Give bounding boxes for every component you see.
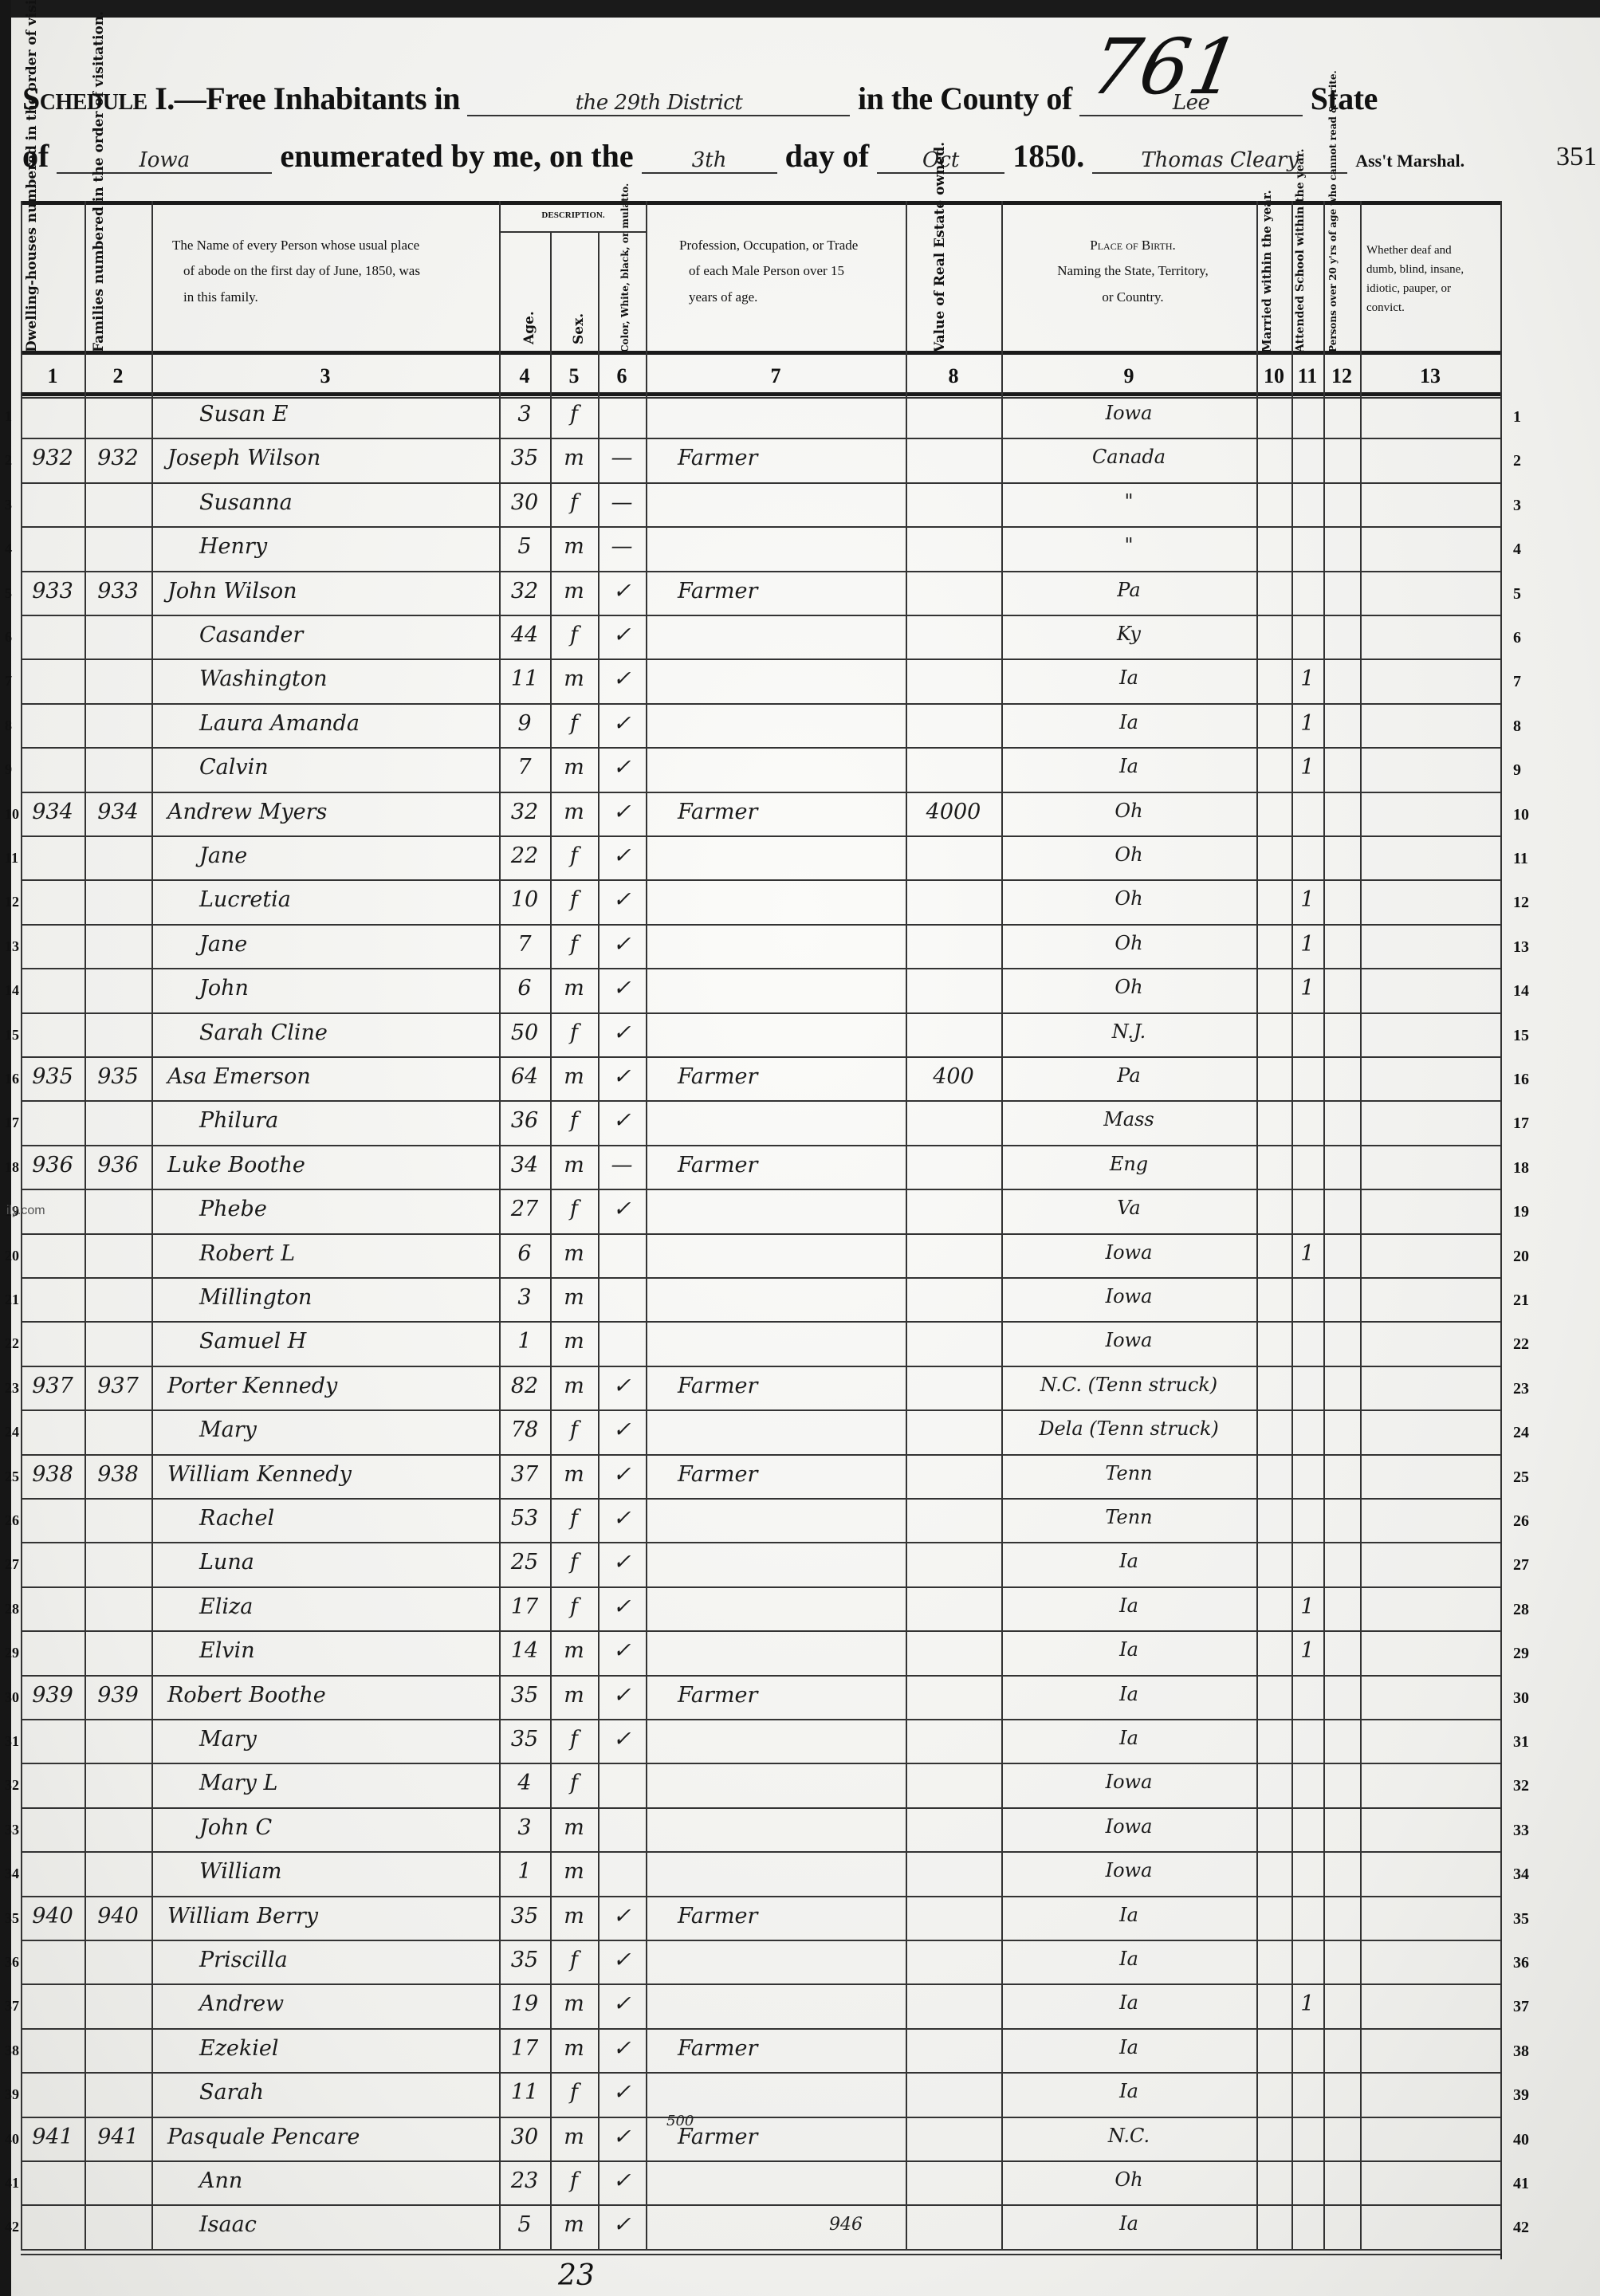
column-divider [151,201,153,2251]
cell-condition [1363,2168,1497,2204]
cell-birthplace: Oh [1004,2168,1253,2204]
cell-illiterate [1327,1020,1357,1056]
line-number-left: 25 [5,1468,19,1485]
cell-family [88,976,148,1011]
cell-occupation [678,623,931,658]
cell-sex: m [553,1241,595,1276]
rule-line [21,1542,1500,1543]
cell-age: 35 [502,446,547,481]
cell-dwelling [24,1594,81,1630]
cell-age: 53 [502,1506,547,1541]
cell-dwelling [24,2080,81,2115]
cell-birthplace: Ia [1004,2080,1253,2115]
district-field: the 29th District [467,91,850,116]
rule-line [21,1896,1500,1897]
cell-family [88,1108,148,1143]
cell-sex: m [553,1638,595,1673]
cell-dwelling: 939 [24,1683,81,1718]
cell-name: Millington [199,1285,493,1320]
cell-illiterate [1327,666,1357,702]
cell-married [1260,1948,1288,1983]
cell-occupation [678,932,931,967]
cell-age: 44 [502,623,547,658]
cell-married [1260,1506,1288,1541]
cell-dwelling [24,1550,81,1585]
line-number-left: 1 [5,408,12,425]
cell-condition [1363,932,1497,967]
cell-illiterate [1327,1638,1357,1673]
cell-birthplace: Pa [1004,579,1253,614]
cell-sex: f [553,490,595,525]
cell-real-estate [909,755,998,790]
cell-real-estate [909,1859,998,1894]
line-number-left: 20 [5,1248,19,1264]
cell-school [1295,2168,1320,2204]
cell-married [1260,2168,1288,2204]
cell-real-estate [909,402,998,437]
cell-occupation: Farmer [678,446,931,481]
cell-illiterate [1327,1815,1357,1850]
column-divider [1001,201,1003,2251]
cell-birthplace: Ia [1004,1904,1253,1939]
line-number-left: 4 [5,541,12,557]
cell-married [1260,1815,1288,1850]
line-number-left: 22 [5,1335,19,1352]
table-row: 13Jane7f✓Oh113 [21,926,1500,969]
cell-married [1260,666,1288,702]
line-number-right: 4 [1513,541,1521,559]
cell-age: 25 [502,1550,547,1585]
line-number-right: 42 [1513,2219,1529,2237]
cell-color: ✓ [601,1108,643,1143]
cell-school [1295,534,1320,569]
table-row: 34William1mIowa34 [21,1853,1500,1897]
cell-birthplace: Ia [1004,1991,1253,2027]
cell-age: 5 [502,534,547,569]
cell-age: 37 [502,1462,547,1497]
cell-dwelling [24,1020,81,1056]
cell-illiterate [1327,1241,1357,1276]
rule-line [21,1100,1500,1102]
cell-illiterate [1327,1064,1357,1099]
cell-condition [1363,666,1497,702]
cell-color: ✓ [601,2125,643,2160]
table-row: 36Priscilla35f✓Ia36 [21,1941,1500,1985]
table-row: 28Eliza17f✓Ia128 [21,1588,1500,1632]
cell-birthplace: Tenn [1004,1462,1253,1497]
cell-sex: f [553,1550,595,1585]
line-number-left: 31 [5,1733,19,1750]
cell-dwelling [24,1638,81,1673]
cell-family [88,2036,148,2071]
cell-birthplace: Ia [1004,1683,1253,1718]
column-number-10: 10 [1256,360,1291,392]
cell-illiterate [1327,1594,1357,1630]
cell-real-estate [909,887,998,922]
cell-family: 932 [88,446,148,481]
description-rule [499,231,646,233]
cell-dwelling: 932 [24,446,81,481]
cell-illiterate [1327,402,1357,437]
rule-line [21,1498,1500,1500]
cell-occupation [678,711,931,746]
cell-color: ✓ [601,1020,643,1056]
cell-occupation [678,1815,931,1850]
cell-dwelling [24,402,81,437]
cell-real-estate [909,2080,998,2115]
cell-birthplace: Pa [1004,1064,1253,1099]
line-number-right: 20 [1513,1248,1529,1266]
line-number-left: 12 [5,894,19,910]
footer-total: 23 [558,2259,595,2292]
cell-married [1260,755,1288,790]
col1-header: Dwelling-houses numbered in the order of… [26,217,81,352]
cell-sex: f [553,1727,595,1762]
cell-name: William Berry [167,1904,493,1939]
cell-condition [1363,1815,1497,1850]
line-number-right: 16 [1513,1071,1529,1089]
table-row: 26Rachel53f✓Tenn26 [21,1500,1500,1543]
cell-dwelling [24,755,81,790]
cell-age: 4 [502,1771,547,1806]
rule-line [21,1321,1500,1323]
cell-condition [1363,1550,1497,1585]
cell-family [88,2212,148,2247]
cell-family [88,1859,148,1894]
cell-occupation: Farmer [678,1064,931,1099]
col6-header: Color, White, black, or mulatto. [620,241,631,352]
cell-occupation [678,1020,931,1056]
cell-birthplace: Oh [1004,932,1253,967]
cell-illiterate [1327,1683,1357,1718]
cell-name: Samuel H [199,1329,493,1364]
cell-birthplace: Iowa [1004,1285,1253,1320]
year-label: 1850. [1012,138,1084,174]
cell-real-estate: 400 [909,1064,998,1099]
cell-age: 32 [502,800,547,835]
cell-sex: f [553,1197,595,1232]
column-number-13: 13 [1360,360,1500,392]
cell-occupation: Farmer [678,800,931,835]
cell-family [88,666,148,702]
cell-color: ✓ [601,2036,643,2071]
cell-school: 1 [1295,932,1320,967]
cell-sex: f [553,1771,595,1806]
table-row: 42Isaac5m✓Ia42 [21,2206,1500,2250]
cell-illiterate [1327,623,1357,658]
cell-color [601,1771,643,1806]
cell-married [1260,2125,1288,2160]
cell-color: ✓ [601,1462,643,1497]
cell-dwelling [24,1771,81,1806]
cell-real-estate [909,2168,998,2204]
cell-sex: m [553,2212,595,2247]
cell-birthplace: Oh [1004,800,1253,835]
cell-family [88,402,148,437]
column-number-6: 6 [598,360,646,392]
column-divider [646,201,647,2251]
cell-school [1295,446,1320,481]
cell-school [1295,1859,1320,1894]
cell-age: 27 [502,1197,547,1232]
line-number-right: 11 [1513,850,1528,868]
rule-line [21,397,1500,399]
col7-header: Profession, Occupation, or Trade of each… [679,233,918,310]
cell-married [1260,446,1288,481]
table-row: 27Luna25f✓Ia27 [21,1543,1500,1587]
scan-border-left [0,0,11,2296]
line-number-left: 42 [5,2219,19,2235]
table-row: 41Ann23f✓Oh41 [21,2162,1500,2206]
cell-dwelling [24,887,81,922]
cell-real-estate [909,1904,998,1939]
cell-name: Sarah Cline [199,1020,493,1056]
cell-school [1295,1948,1320,1983]
cell-real-estate [909,1638,998,1673]
cell-dwelling [24,2212,81,2247]
col13-header: Whether deaf and dumb, blind, insane, id… [1366,241,1498,317]
cell-married [1260,1771,1288,1806]
cell-color: ✓ [601,623,643,658]
cell-color: ✓ [601,1197,643,1232]
column-divider [1291,201,1293,2251]
line-number-right: 29 [1513,1645,1529,1663]
line-number-left: 27 [5,1556,19,1573]
cell-married [1260,1727,1288,1762]
cell-sex: m [553,1462,595,1497]
cell-birthplace: Ia [1004,1550,1253,1585]
cell-married [1260,1859,1288,1894]
state-label: State [1311,81,1378,116]
cell-birthplace: Dela (Tenn struck) [1004,1417,1253,1453]
day-of-label: day of [785,138,870,174]
line-number-right: 40 [1513,2131,1529,2149]
cell-birthplace: Ia [1004,711,1253,746]
rule-line [21,1012,1500,1014]
cell-name: John Wilson [167,579,493,614]
line-number-right: 36 [1513,1954,1529,1972]
cell-family [88,755,148,790]
cell-birthplace: " [1004,490,1253,525]
cell-condition [1363,1285,1497,1320]
cell-birthplace: Ia [1004,666,1253,702]
cell-family: 936 [88,1153,148,1188]
tally-500: 500 [666,2113,694,2129]
cell-occupation: Farmer [678,2125,931,2160]
cell-birthplace: Iowa [1004,1241,1253,1276]
line-number-right: 32 [1513,1777,1529,1795]
cell-occupation [678,1197,931,1232]
cell-age: 1 [502,1329,547,1364]
cell-condition [1363,2125,1497,2160]
table-row: 2932932Joseph Wilson35m—FarmerCanada2 [21,439,1500,483]
cell-family [88,1329,148,1364]
cell-occupation [678,843,931,879]
cell-birthplace: Iowa [1004,1329,1253,1364]
cell-sex: m [553,1285,595,1320]
cell-dwelling [24,2168,81,2204]
cell-real-estate [909,1948,998,1983]
cell-dwelling [24,1948,81,1983]
cell-occupation [678,2212,931,2247]
cell-condition [1363,1594,1497,1630]
line-number-right: 25 [1513,1468,1529,1487]
cell-occupation [678,1859,931,1894]
cell-sex: m [553,1991,595,2027]
cell-age: 7 [502,932,547,967]
cell-condition [1363,2080,1497,2115]
table-row: 9Calvin7m✓Ia19 [21,749,1500,792]
cell-real-estate [909,1683,998,1718]
rule-line [21,792,1500,793]
cell-school [1295,1153,1320,1188]
cell-family [88,1594,148,1630]
cell-color: ✓ [601,932,643,967]
line-number-left: 36 [5,1954,19,1971]
cell-illiterate [1327,1462,1357,1497]
cell-occupation [678,755,931,790]
cell-real-estate [909,579,998,614]
column-divider [1256,201,1258,2251]
cell-age: 35 [502,1948,547,1983]
column-number-5: 5 [550,360,598,392]
cell-school [1295,1727,1320,1762]
cell-married [1260,976,1288,1011]
cell-school [1295,2125,1320,2160]
cell-dwelling [24,1329,81,1364]
cell-age: 17 [502,1594,547,1630]
line-number-right: 37 [1513,1998,1529,2016]
rule-line [21,968,1500,969]
cell-age: 78 [502,1417,547,1453]
cell-occupation: Farmer [678,579,931,614]
rule-line [21,1807,1500,1809]
rule-line [21,351,1500,355]
cell-name: Phebe [199,1197,493,1232]
cell-school [1295,2080,1320,2115]
cell-name: Lucretia [199,887,493,922]
table-row: 5933933John Wilson32m✓FarmerPa5 [21,572,1500,616]
cell-color: ✓ [601,976,643,1011]
cell-name: Mary [199,1417,493,1453]
cell-birthplace: Canada [1004,446,1253,481]
cell-name: Susanna [199,490,493,525]
cell-school [1295,1506,1320,1541]
cell-condition [1363,711,1497,746]
cell-color: — [601,446,643,481]
cell-color: ✓ [601,1594,643,1630]
cell-condition [1363,1859,1497,1894]
cell-married [1260,2080,1288,2115]
rule-line [21,2204,1500,2206]
cell-condition [1363,1064,1497,1099]
cell-real-estate [909,1197,998,1232]
cell-condition [1363,887,1497,922]
cell-dwelling: 938 [24,1462,81,1497]
cell-name: Laura Amanda [199,711,493,746]
cell-married [1260,711,1288,746]
rule-line [21,571,1500,572]
cell-condition [1363,2036,1497,2071]
cell-age: 7 [502,755,547,790]
cell-birthplace: N.C. [1004,2125,1253,2160]
cell-family: 939 [88,1683,148,1718]
cell-birthplace: Iowa [1004,1815,1253,1850]
cell-married [1260,1594,1288,1630]
table-row: 31Mary35f✓Ia31 [21,1720,1500,1764]
rule-line [21,835,1500,837]
cell-illiterate [1327,1991,1357,2027]
enumerated-label: enumerated by me, on the [280,138,633,174]
cell-color: ✓ [601,1727,643,1762]
cell-occupation [678,1241,931,1276]
cell-sex: m [553,579,595,614]
col5-header: Sex. [572,297,587,344]
line-number-left: 13 [5,938,19,955]
cell-age: 11 [502,666,547,702]
line-number-left: 7 [5,673,12,690]
cell-name: Calvin [199,755,493,790]
cell-sex: f [553,2168,595,2204]
cell-birthplace: Ia [1004,1948,1253,1983]
cell-color: ✓ [601,1683,643,1718]
cell-name: Robert Boothe [167,1683,493,1718]
cell-married [1260,1638,1288,1673]
cell-age: 35 [502,1727,547,1762]
cell-married [1260,1991,1288,2027]
cell-school [1295,1683,1320,1718]
cell-birthplace: N.C. (Tenn struck) [1004,1374,1253,1409]
cell-dwelling [24,623,81,658]
cell-birthplace: N.J. [1004,1020,1253,1056]
table-row: 37Andrew19m✓Ia137 [21,1985,1500,2029]
cell-family [88,490,148,525]
cell-color: ✓ [601,1991,643,2027]
cell-name: John [199,976,493,1011]
cell-age: 17 [502,2036,547,2071]
cell-age: 11 [502,2080,547,2115]
cell-illiterate [1327,2212,1357,2247]
cell-sex: m [553,666,595,702]
cell-married [1260,1683,1288,1718]
line-number-left: 41 [5,2175,19,2192]
marshal-label: Ass't Marshal. [1355,151,1464,171]
rule-line [21,659,1500,660]
cell-age: 22 [502,843,547,879]
cell-family [88,887,148,922]
cell-school: 1 [1295,1991,1320,2027]
cell-married [1260,1197,1288,1232]
cell-condition [1363,490,1497,525]
table-row: 38Ezekiel17m✓FarmerIa38 [21,2030,1500,2074]
cell-color: ✓ [601,800,643,835]
cell-birthplace: Ia [1004,755,1253,790]
line-number-left: 5 [5,585,12,602]
cell-age: 1 [502,1859,547,1894]
line-number-left: 26 [5,1512,19,1529]
cell-family [88,1815,148,1850]
cell-sex: f [553,1594,595,1630]
cell-school [1295,402,1320,437]
line-number-left: 17 [5,1115,19,1131]
cell-name: Susan E [199,402,493,437]
cell-color: ✓ [601,579,643,614]
table-row: 19Phebe27f✓Va19 [21,1190,1500,1234]
cell-name: Sarah [199,2080,493,2115]
table-row: 32Mary L4fIowa32 [21,1764,1500,1808]
line-number-right: 38 [1513,2042,1529,2061]
cell-family [88,623,148,658]
